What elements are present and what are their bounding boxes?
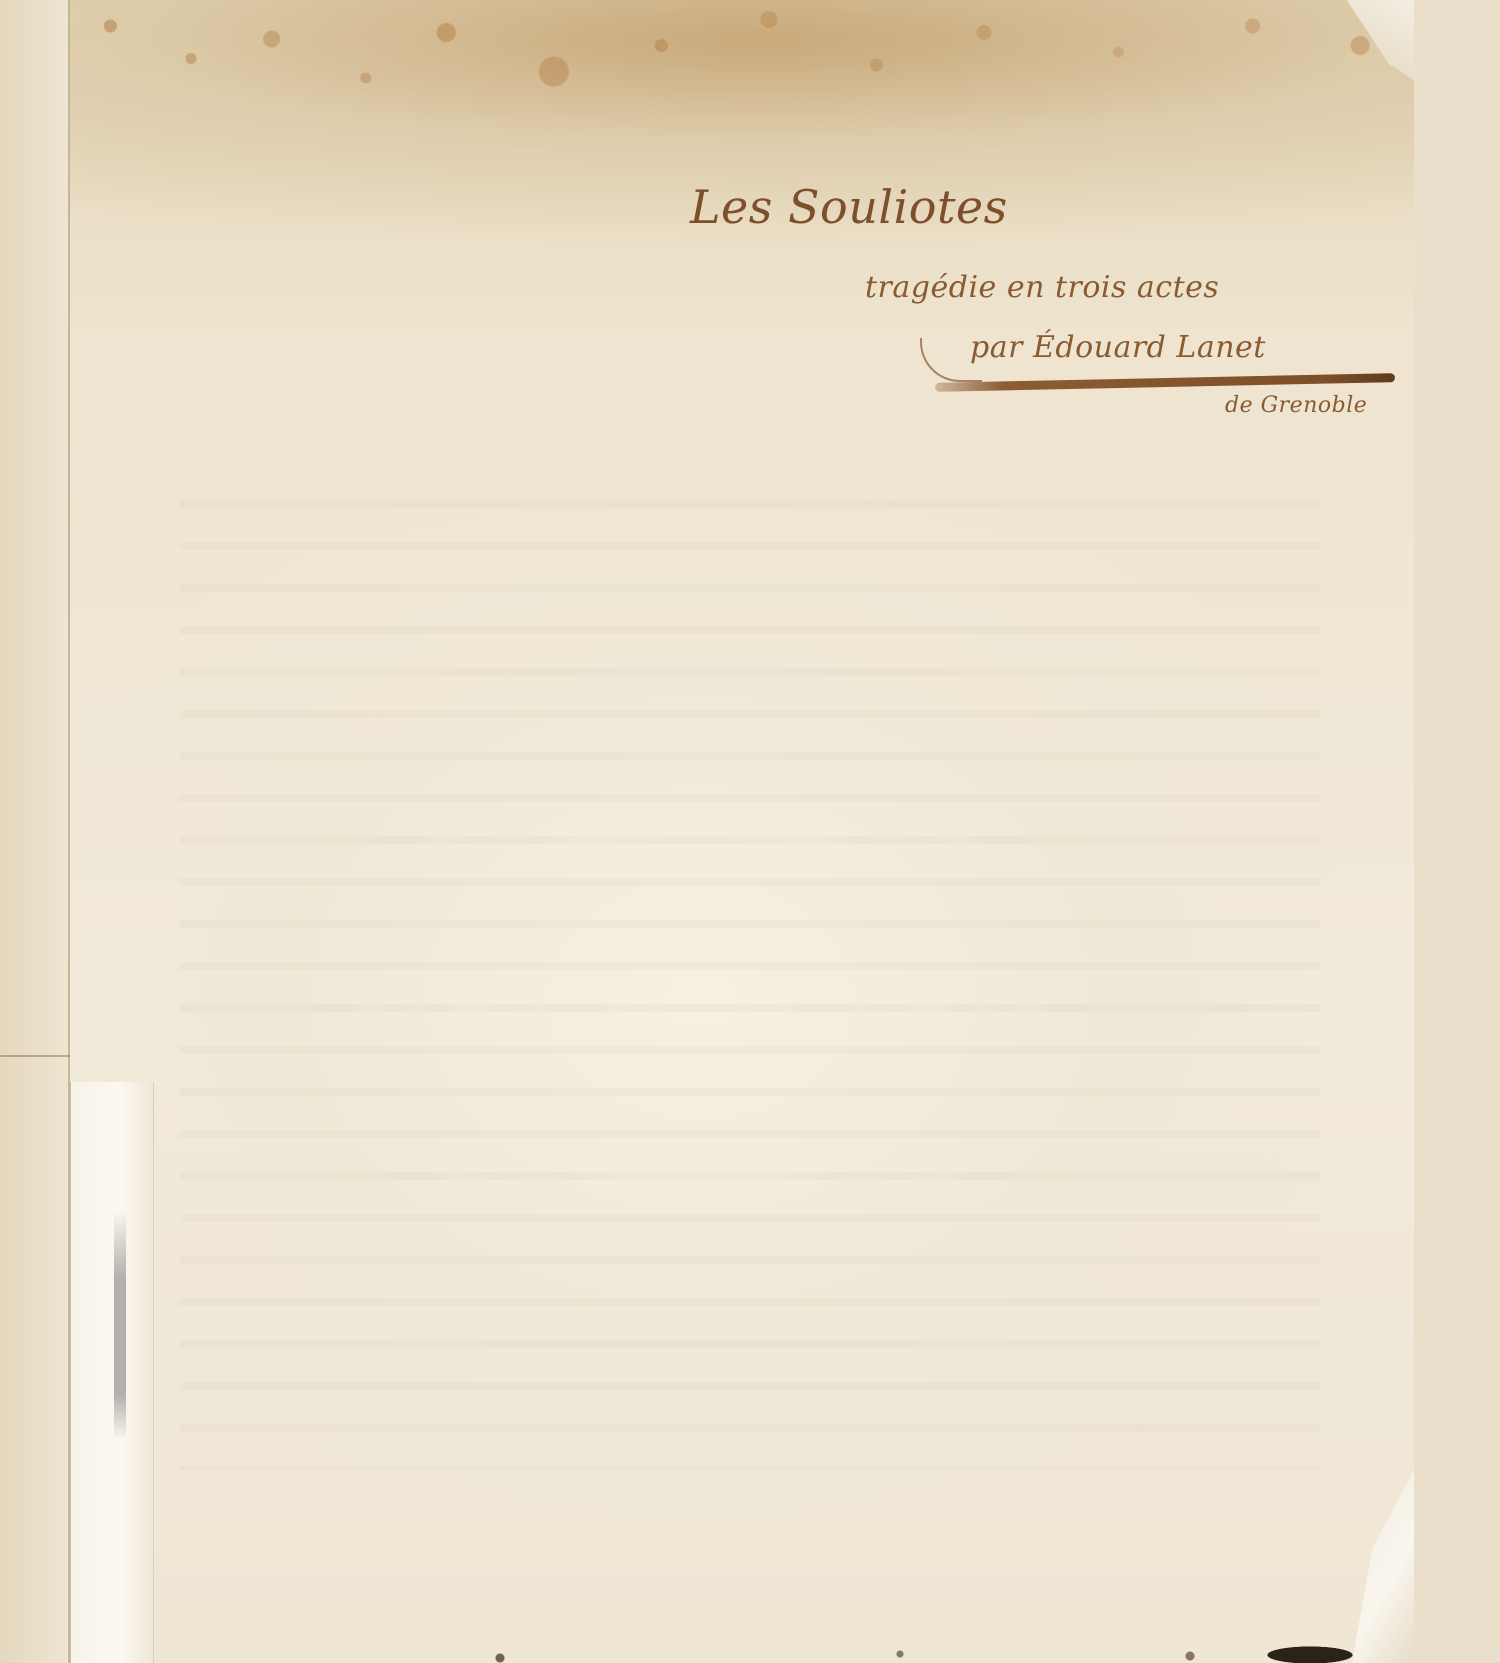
- title-block: Les Souliotes tragédie en trois actes pa…: [0, 0, 1414, 1663]
- underline-stroke: [935, 373, 1395, 392]
- origin-line: de Grenoble: [1225, 393, 1367, 418]
- manuscript-subtitle: tragédie en trois actes: [865, 270, 1219, 305]
- author-line: par Édouard Lanet: [970, 330, 1266, 365]
- manuscript-title: Les Souliotes: [690, 180, 1008, 234]
- manuscript-page: Les Souliotes tragédie en trois actes pa…: [0, 0, 1414, 1663]
